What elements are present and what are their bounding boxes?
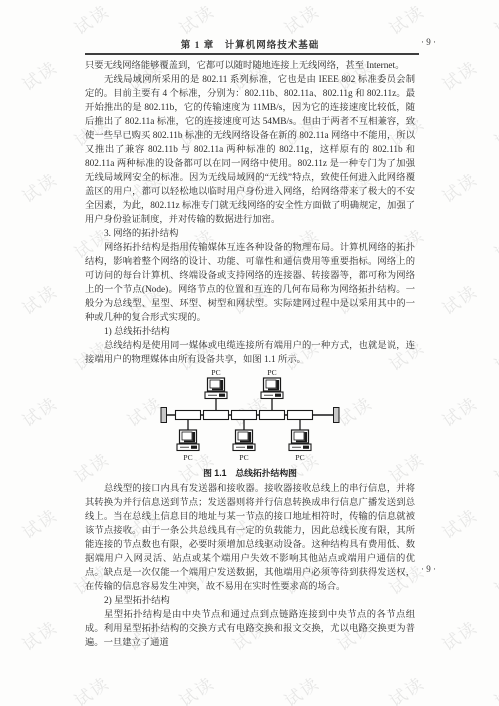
watermark-text: 试读 <box>68 669 113 706</box>
watermark-text: 试读 <box>278 669 323 706</box>
terminator-icon <box>161 408 167 423</box>
pc-label: PC <box>211 368 220 377</box>
section-heading: 1) 总线拓扑结构 <box>85 325 415 339</box>
body-paragraph: 总线结构是使用同一媒体或电缆连接所有端用户的一种方式，也就是说，连接端用户的物理… <box>85 339 415 367</box>
tap-box <box>288 411 313 420</box>
pc-label: PC <box>267 368 276 377</box>
pc-icon <box>233 430 255 451</box>
body-text-before-figure: 只要无线网络能够覆盖到，它都可以随时随地连接上无线网络，甚至 Internet。… <box>85 59 415 367</box>
tap-box <box>260 411 285 420</box>
pc-icon <box>289 430 311 451</box>
chapter-title: 第 1 章 计算机网络技术基础 <box>85 37 415 51</box>
scanned-book-page: 试读试读试读试读试读试读试读试读试读试读试读试读试读试读试读试读试读试读试读试读… <box>0 0 499 706</box>
body-paragraph: 总线型的接口内具有发送器和接收器。接收器接收总线上的串行信息，并将其转换为并行信… <box>85 482 415 594</box>
pc-label: PC <box>295 453 304 462</box>
watermark-text: 试读 <box>173 669 218 706</box>
tap-box <box>232 411 257 420</box>
body-paragraph: 网络拓扑结构是指用传输媒体互连各种设备的物理布局。计算机网络的拓扑结构，影响着整… <box>85 241 415 325</box>
bus-topology-figure: PC PC <box>85 368 415 480</box>
pc-label: PC <box>239 453 248 462</box>
pc-icon <box>205 378 227 399</box>
header-page-number: · 9 · <box>421 37 436 47</box>
section-heading: 3. 网络的拓扑结构 <box>85 227 415 241</box>
page-header: 第 1 章 计算机网络技术基础 · 9 · <box>85 37 415 50</box>
footer-page-number: · 9 · <box>421 564 436 574</box>
pc-label: PC <box>183 453 192 462</box>
body-paragraph: 只要无线网络能够覆盖到，它都可以随时随地连接上无线网络，甚至 Internet。 <box>85 59 415 73</box>
pc-icon <box>261 378 283 399</box>
section-heading: 2) 星型拓扑结构 <box>85 594 415 608</box>
watermark-text: 试读 <box>488 669 499 706</box>
terminator-icon <box>334 408 340 423</box>
page-content: 第 1 章 计算机网络技术基础 · 9 · 只要无线网络能够覆盖到，它都可以随时… <box>0 0 499 650</box>
body-paragraph: 无线局域网所采用的是 802.11 系列标准，它也是由 IEEE 802 标准委… <box>85 73 415 227</box>
tap-box <box>204 411 229 420</box>
header-rule <box>85 53 419 55</box>
body-paragraph: 星型拓扑结构是由中央节点和通过点到点链路连接到中央节点的各节点组成。利用星型拓扑… <box>85 608 415 650</box>
watermark-text: 试读 <box>383 669 428 706</box>
bus-topology-diagram: PC PC <box>145 368 355 462</box>
pc-icon <box>177 430 199 451</box>
tap-box <box>176 411 201 420</box>
figure-caption: 图 1.1 总线拓扑结构图 <box>85 467 415 480</box>
body-text-after-figure: 总线型的接口内具有发送器和接收器。接收器接收总线上的串行信息，并将其转换为并行信… <box>85 482 415 650</box>
